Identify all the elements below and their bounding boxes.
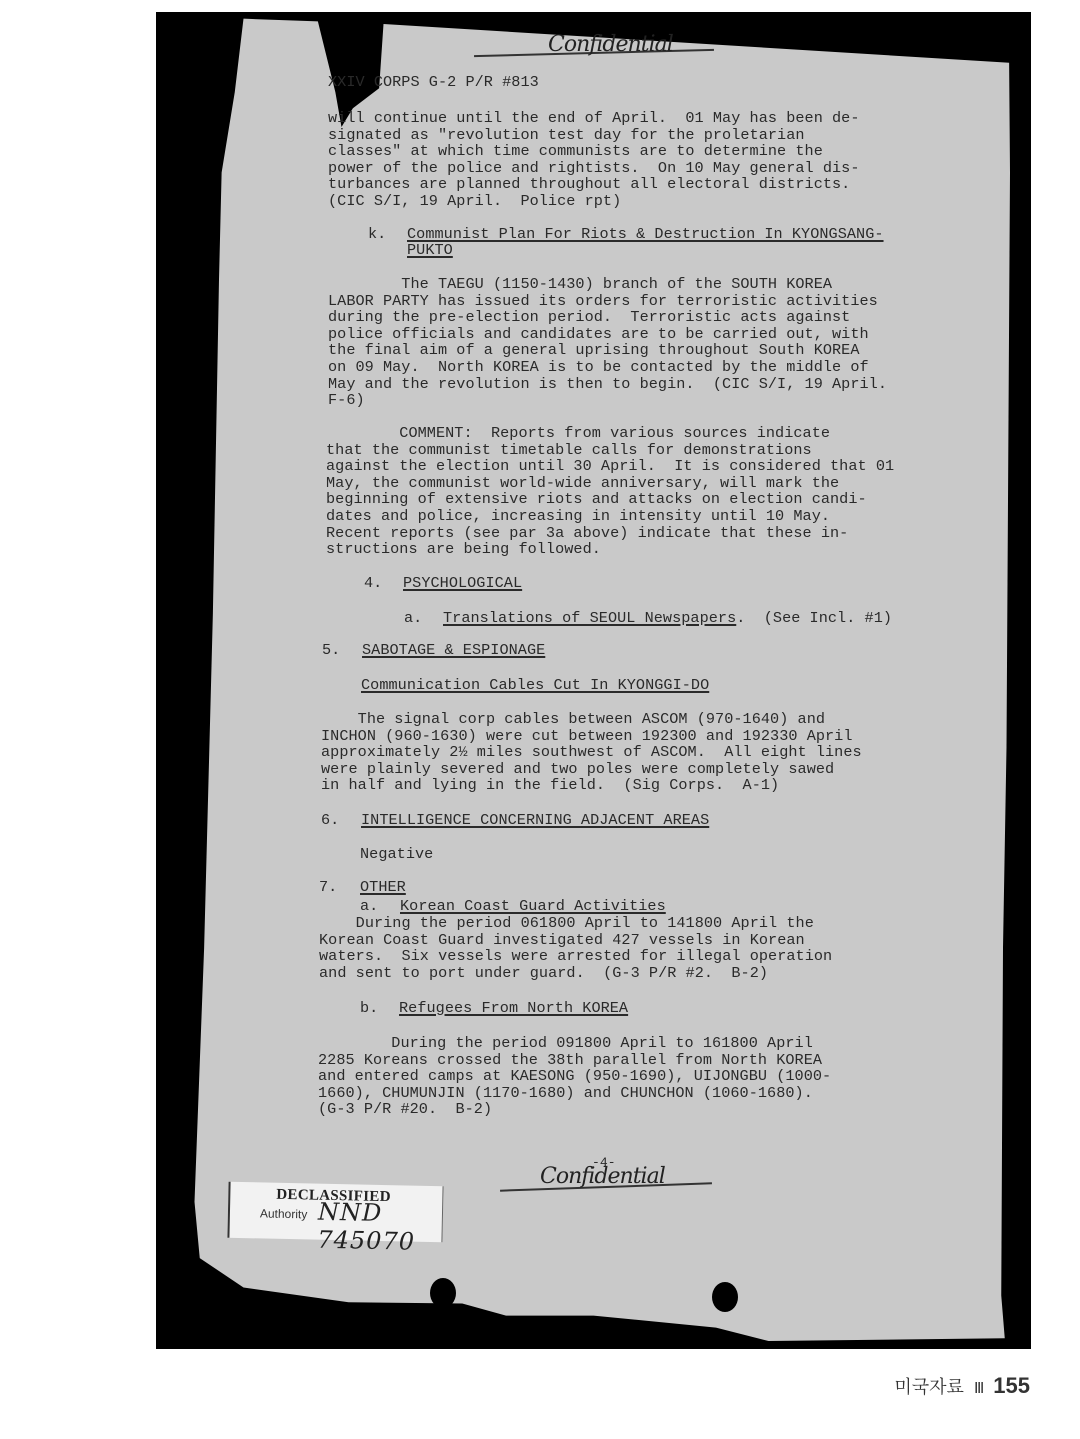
- footer-classification-mark: Confidential: [540, 1164, 665, 1189]
- section-4a-title: Translations of SEOUL Newspapers: [443, 609, 736, 627]
- section-7a-body: During the period 061800 April to 141800…: [319, 915, 832, 981]
- report-id: XXIV CORPS G-2 P/R #813: [328, 74, 539, 91]
- header-classification-mark: Confidential: [548, 32, 673, 57]
- section-k-marker: k.: [368, 226, 386, 243]
- section-k-comment: COMMENT: Reports from various sources in…: [326, 425, 894, 558]
- section-7-number: 7.: [319, 879, 337, 896]
- section-7a-title: Korean Coast Guard Activities: [400, 898, 666, 915]
- section-k-title-1: Communist Plan For Riots & Destruction I…: [407, 226, 884, 243]
- section-6-number: 6.: [321, 812, 339, 829]
- section-4a-line: Translations of SEOUL Newspapers. (See I…: [443, 610, 892, 627]
- section-7-title: OTHER: [360, 879, 406, 896]
- section-5-number: 5.: [322, 642, 340, 659]
- section-4-number: 4.: [364, 575, 382, 592]
- intro-paragraph: will continue until the end of April. 01…: [328, 110, 860, 210]
- section-5-title: SABOTAGE & ESPIONAGE: [362, 642, 545, 659]
- section-6-title: INTELLIGENCE CONCERNING ADJACENT AREAS: [361, 812, 709, 829]
- section-4a-suffix: . (See Incl. #1): [736, 609, 892, 627]
- section-7a-marker: a.: [360, 898, 378, 915]
- stamp-authority-label: Authority: [260, 1206, 308, 1221]
- section-7b-body: During the period 091800 April to 161800…: [318, 1035, 831, 1118]
- section-4a-marker: a.: [404, 610, 422, 627]
- section-5-body: The signal corp cables between ASCOM (97…: [321, 711, 862, 794]
- section-k-body: The TAEGU (1150-1430) branch of the SOUT…: [328, 276, 887, 409]
- section-k-title-2: PUKTO: [407, 242, 453, 259]
- section-7b-marker: b.: [360, 1000, 378, 1017]
- section-4-title: PSYCHOLOGICAL: [403, 575, 522, 592]
- section-6-body: Negative: [360, 846, 433, 863]
- footer-page-number: 155: [993, 1373, 1030, 1399]
- book-footer: 미국자료 Ⅲ 155: [894, 1373, 1030, 1399]
- footer-section-label: 미국자료: [894, 1373, 964, 1399]
- punch-hole-right: [712, 1282, 738, 1312]
- stamp-authority-value: NND 745070: [317, 1198, 442, 1257]
- section-7b-title: Refugees From North KOREA: [399, 1000, 628, 1017]
- section-5-subtitle: Communication Cables Cut In KYONGGI-DO: [361, 677, 709, 694]
- declassified-stamp: DECLASSIFIED Authority NND 745070: [227, 1182, 443, 1242]
- footer-separator: Ⅲ: [974, 1379, 983, 1397]
- punch-hole-left: [430, 1278, 456, 1308]
